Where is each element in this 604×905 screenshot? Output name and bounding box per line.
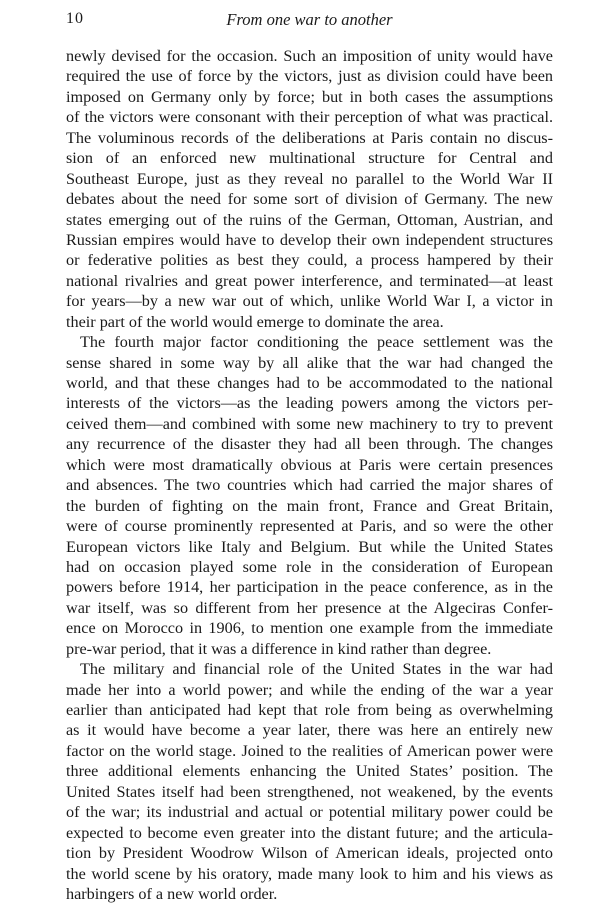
text-line: United States itself had been strengthen… [66,782,553,802]
text-line: three additional elements enhancing the … [66,761,553,781]
text-line: required the use of force by the victors… [66,66,553,86]
text-line: the world scene by his oratory, made man… [66,864,553,884]
text-line: and absences. The two countries which ha… [66,475,553,495]
text-line: factor on the world stage. Joined to the… [66,741,553,761]
text-line: The fourth major factor conditioning the… [66,332,553,352]
text-line: tion by President Woodrow Wilson of Amer… [66,843,553,863]
text-line: harbingers of a new world order. [66,884,553,904]
text-line: ence on Morocco in 1906, to mention one … [66,618,553,638]
text-line: debates about the need for some sort of … [66,189,553,209]
text-line: for years—by a new war out of which, unl… [66,291,553,311]
text-line: Southeast Europe, just as they reveal no… [66,169,553,189]
text-line: pre-war period, that it was a difference… [66,639,553,659]
running-title: From one war to another [66,10,553,30]
text-line: which were most dramatically obvious at … [66,455,553,475]
running-head: 10 From one war to another [66,10,553,46]
paragraph-3: The military and financial role of the U… [66,659,553,904]
book-page: 10 From one war to another newly devised… [66,0,553,904]
text-line: as it would have become a year later, th… [66,720,553,740]
text-line: of the victors were consonant with their… [66,107,553,127]
text-line: made her into a world power; and while t… [66,680,553,700]
text-line: of the war; its industrial and actual or… [66,802,553,822]
text-line: world, and that these changes had to be … [66,373,553,393]
text-line: Russian empires would have to develop th… [66,230,553,250]
text-line: interests of the victors—as the leading … [66,393,553,413]
text-line: powers before 1914, her participation in… [66,577,553,597]
paragraph-2: The fourth major factor conditioning the… [66,332,553,659]
text-line: sense shared in some way by all alike th… [66,353,553,373]
body-text: newly devised for the occasion. Such an … [66,46,553,904]
text-line: newly devised for the occasion. Such an … [66,46,553,66]
text-line: imposed on Germany only by force; but in… [66,87,553,107]
text-line: had on occasion played some role in the … [66,557,553,577]
text-line: states emerging out of the ruins of the … [66,210,553,230]
text-line: national rivalries and great power inter… [66,271,553,291]
text-line: or federative polities as best they coul… [66,250,553,270]
text-line: The military and financial role of the U… [66,659,553,679]
text-line: earlier than anticipated had kept that r… [66,700,553,720]
text-line: were of course prominently represented a… [66,516,553,536]
text-line: European victors like Italy and Belgium.… [66,537,553,557]
text-line: ceived them—and combined with some new m… [66,414,553,434]
text-line: war itself, was so different from her pr… [66,598,553,618]
paragraph-1: newly devised for the occasion. Such an … [66,46,553,332]
text-line: their part of the world would emerge to … [66,312,553,332]
text-line: any recurrence of the disaster they had … [66,434,553,454]
text-line: the burden of fighting on the main front… [66,496,553,516]
text-line: expected to become even greater into the… [66,823,553,843]
text-line: The voluminous records of the deliberati… [66,128,553,148]
text-line: sion of an enforced new multinational st… [66,148,553,168]
